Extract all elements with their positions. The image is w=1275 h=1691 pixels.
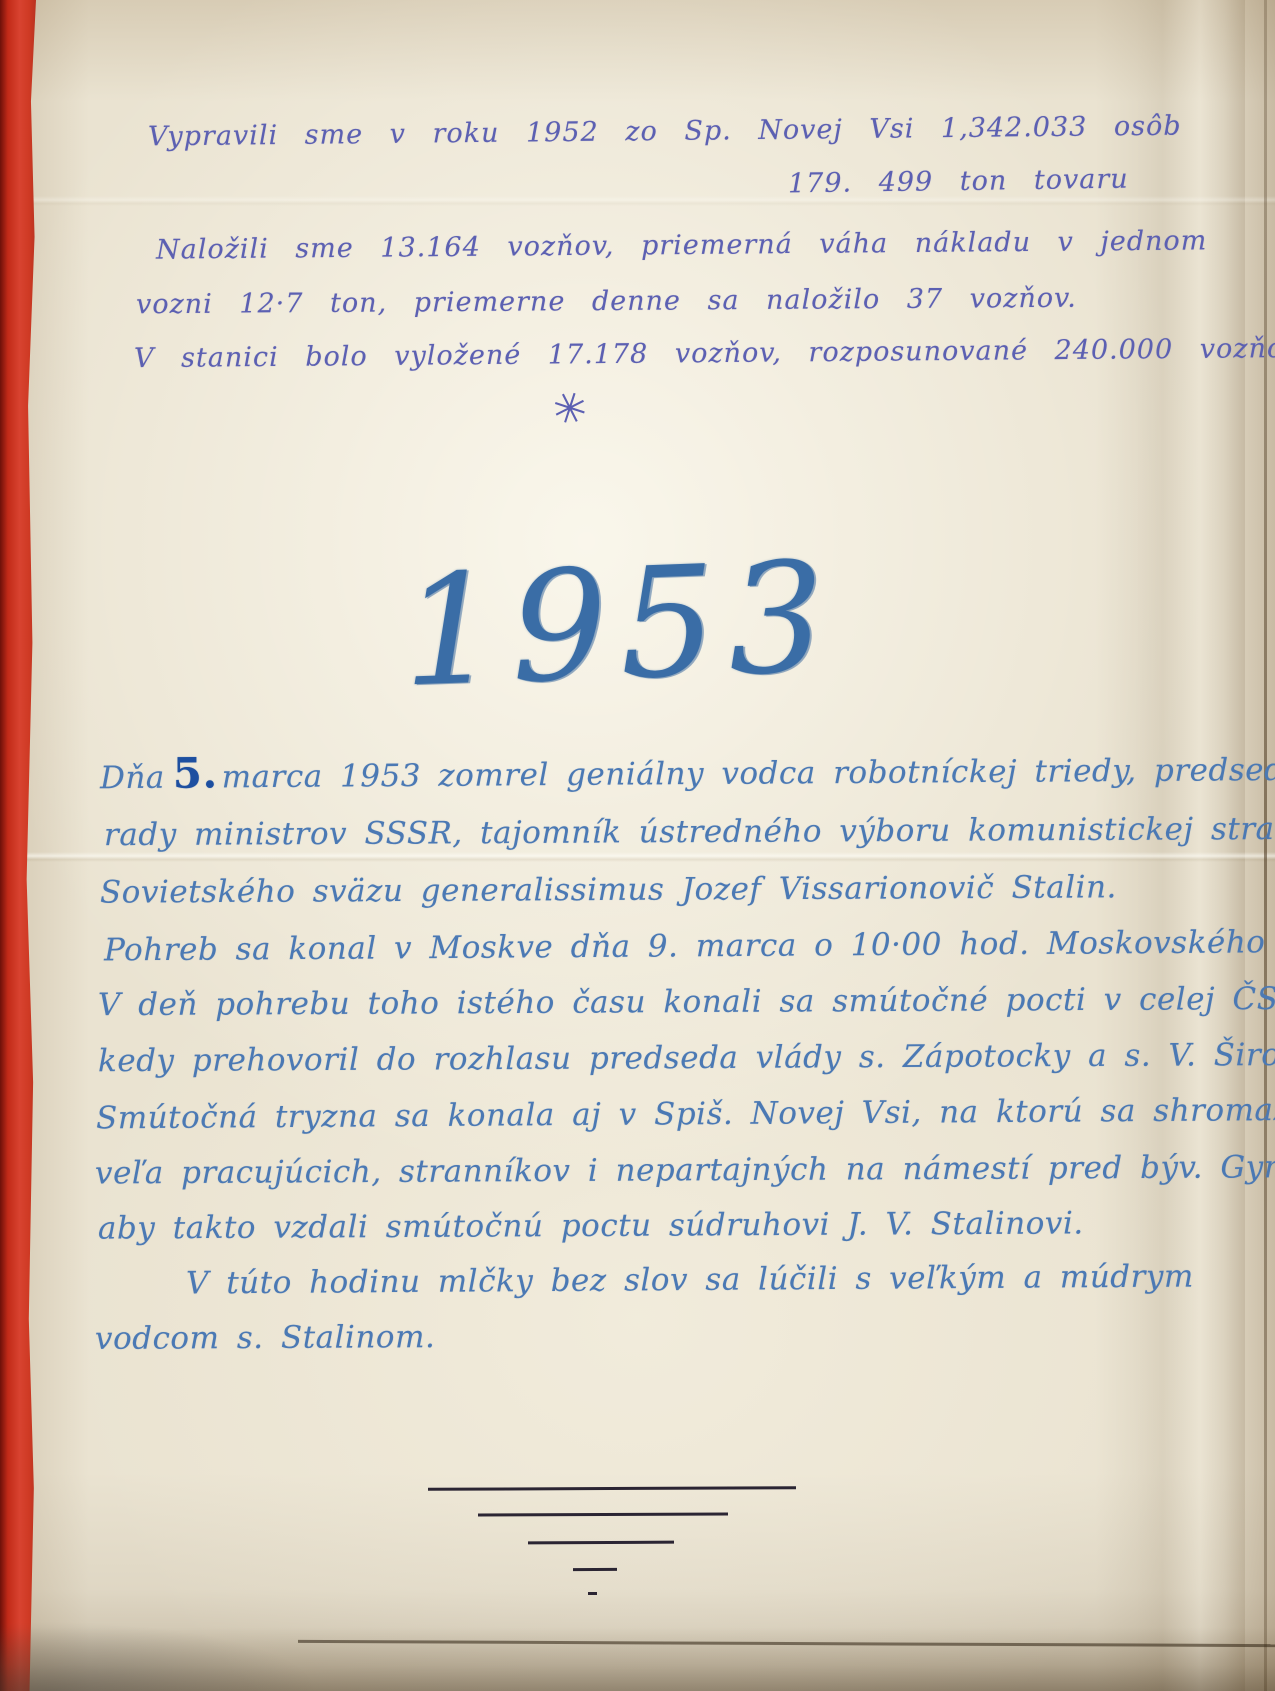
- horizontal-crease: [0, 196, 1275, 206]
- stats-line-average: vozni 12·7 ton, priemerne denne sa nalož…: [136, 283, 1077, 321]
- paragraph-line: Sovietského sväzu generalissimus Jozef V…: [100, 869, 1117, 910]
- paragraph-line: V deň pohrebu toho istého času konali sa…: [98, 981, 1275, 1023]
- flourish-line-5: [588, 1592, 597, 1595]
- paragraph-line: veľa pracujúcich, stranníkov i nepartajn…: [95, 1149, 1275, 1192]
- horizontal-crease: [0, 852, 1275, 862]
- stats-line-tons: 179. 499 ton tovaru: [788, 164, 1129, 200]
- year-heading-1953: 1953: [399, 528, 840, 720]
- chronicle-page-scan: { "document": { "kind": "handwritten chr…: [0, 0, 1275, 1691]
- paragraph-line1-rest: marca 1953 zomrel geniálny vodca robotní…: [222, 752, 1275, 796]
- highlighted-day-5: 5.: [165, 748, 222, 797]
- flourish-line-3: [528, 1541, 674, 1545]
- paragraph-line: vodcom s. Stalinom.: [95, 1319, 435, 1357]
- paragraph-line: kedy prehovoril do rozhlasu predseda vlá…: [98, 1037, 1275, 1079]
- paragraph-line: rady ministrov SSSR, tajomník ústredného…: [104, 811, 1275, 853]
- paragraph-line1-prefix: Dňa: [100, 760, 165, 796]
- paragraph-line: V túto hodinu mlčky bez slov sa lúčili s…: [186, 1258, 1194, 1301]
- paragraph-line: aby takto vzdali smútočnú poctu súdruhov…: [98, 1205, 1084, 1246]
- bottom-left-smudge: [0, 1621, 320, 1691]
- flourish-line-4: [573, 1568, 617, 1571]
